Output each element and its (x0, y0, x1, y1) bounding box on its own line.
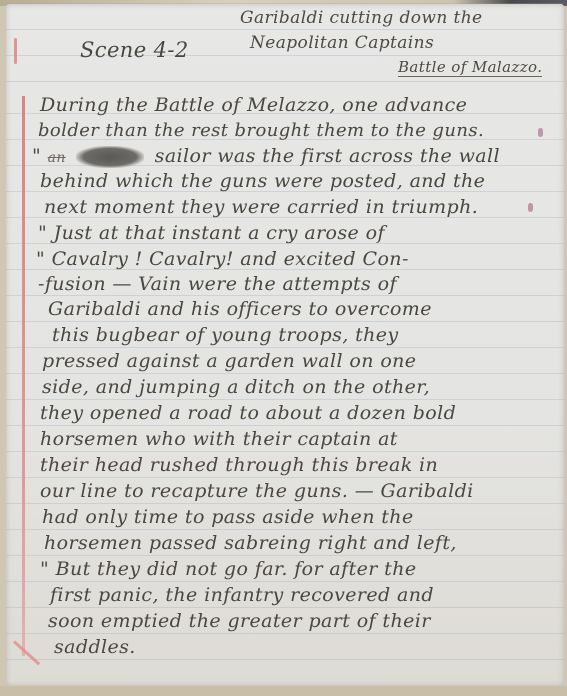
body-line-11: pressed against a garden wall on one (42, 350, 416, 372)
struck-word: an (48, 150, 66, 166)
body-line-22: saddles. (54, 636, 136, 658)
body-line-3-text: sailor was the first across the wall (155, 145, 500, 167)
book-binding-bottom (0, 686, 567, 696)
subtitle: Battle of Malazzo. (398, 58, 542, 77)
body-line-13: they opened a road to about a dozen bold (40, 402, 456, 424)
body-line-19: " But they did not go far. for after the (40, 558, 416, 580)
body-line-15: their head rushed through this break in (40, 454, 438, 476)
body-line-7: " Cavalry ! Cavalry! and excited Con- (36, 248, 409, 270)
body-line-2: bolder than the rest brought them to the… (38, 120, 484, 141)
scene-label: Scene 4-2 (80, 38, 189, 62)
body-line-14: horsemen who with their captain at (40, 428, 398, 450)
body-line-17: had only time to pass aside when the (42, 506, 414, 528)
open-quote: " (32, 145, 41, 167)
ink-mark (528, 203, 533, 212)
body-line-4: behind which the guns were posted, and t… (40, 170, 485, 192)
red-margin-rule (22, 96, 25, 656)
body-line-5: next moment they were carried in triumph… (44, 196, 478, 218)
body-line-3: " an sailor was the first across the wal… (32, 145, 500, 168)
body-line-21: soon emptied the greater part of their (48, 610, 431, 632)
body-line-20: first panic, the infantry recovered and (50, 584, 434, 606)
red-margin-mark (14, 38, 17, 64)
body-line-16: our line to recapture the guns. — Gariba… (40, 480, 474, 502)
body-line-18: horsemen passed sabreing right and left, (44, 532, 457, 554)
body-line-1: During the Battle of Melazzo, one advanc… (40, 94, 467, 116)
ink-blot-scribble (76, 146, 144, 168)
body-line-10: this bugbear of young troops, they (52, 324, 399, 346)
body-line-8: -fusion — Vain were the attempts of (38, 273, 397, 295)
body-line-12: side, and jumping a ditch on the other, (42, 376, 430, 398)
body-line-9: Garibaldi and his officers to overcome (48, 298, 432, 320)
ink-mark (538, 128, 543, 137)
title-line-2: Neapolitan Captains (250, 33, 434, 53)
title-line-1: Garibaldi cutting down the (240, 8, 483, 28)
body-line-6: " Just at that instant a cry arose of (38, 222, 385, 244)
